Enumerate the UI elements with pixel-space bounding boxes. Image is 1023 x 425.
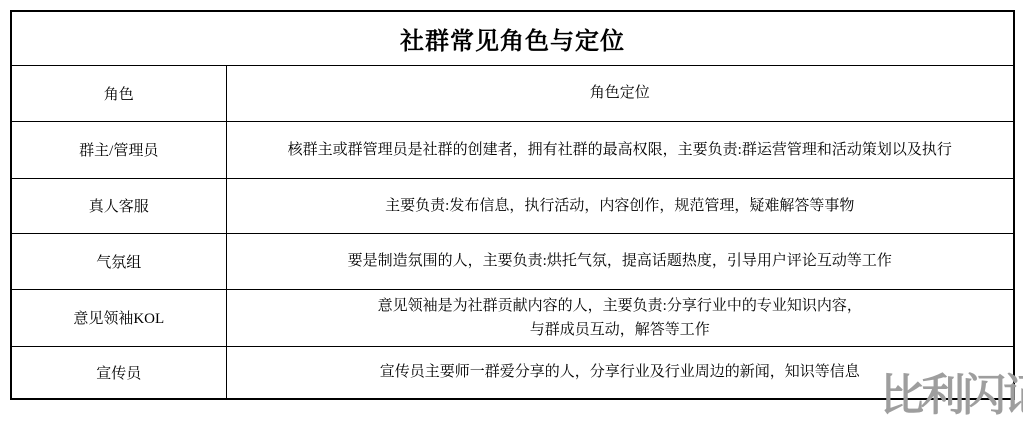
definition-cell: 核群主或群管理员是社群的创建者，拥有社群的最高权限，主要负责:群运营管理和活动策… [226,121,1014,178]
definition-cell: 要是制造氛围的人，主要负责:烘托气氛，提高话题热度，引导用户评论互动等工作 [226,233,1014,289]
table-row: 群主/管理员 核群主或群管理员是社群的创建者，拥有社群的最高权限，主要负责:群运… [11,121,1014,178]
table-header-row: 角色 角色定位 [11,65,1014,121]
definition-cell: 意见领袖是为社群贡献内容的人，主要负责:分享行业中的专业知识内容， 与群成员互动… [226,289,1014,346]
role-cell: 真人客服 [11,178,226,233]
table-title-row: 社群常见角色与定位 [11,11,1014,65]
table-row: 意见领袖KOL 意见领袖是为社群贡献内容的人，主要负责:分享行业中的专业知识内容… [11,289,1014,346]
header-definition: 角色定位 [226,65,1014,121]
definition-cell: 主要负责:发布信息，执行活动，内容创作，规范管理，疑难解答等事物 [226,178,1014,233]
role-cell: 气氛组 [11,233,226,289]
table-title: 社群常见角色与定位 [11,11,1014,65]
role-cell: 群主/管理员 [11,121,226,178]
role-cell: 宣传员 [11,346,226,399]
header-role: 角色 [11,65,226,121]
watermark-logo: 比利闪记 [880,372,1023,425]
role-cell: 意见领袖KOL [11,289,226,346]
roles-table: 社群常见角色与定位 角色 角色定位 群主/管理员 核群主或群管理员是社群的创建者… [10,10,1015,400]
table-row: 真人客服 主要负责:发布信息，执行活动，内容创作，规范管理，疑难解答等事物 [11,178,1014,233]
table-row: 宣传员 宣传员主要师一群爱分享的人，分享行业及行业周边的新闻，知识等信息 [11,346,1014,399]
page: 社群常见角色与定位 角色 角色定位 群主/管理员 核群主或群管理员是社群的创建者… [0,0,1023,425]
table-row: 气氛组 要是制造氛围的人，主要负责:烘托气氛，提高话题热度，引导用户评论互动等工… [11,233,1014,289]
